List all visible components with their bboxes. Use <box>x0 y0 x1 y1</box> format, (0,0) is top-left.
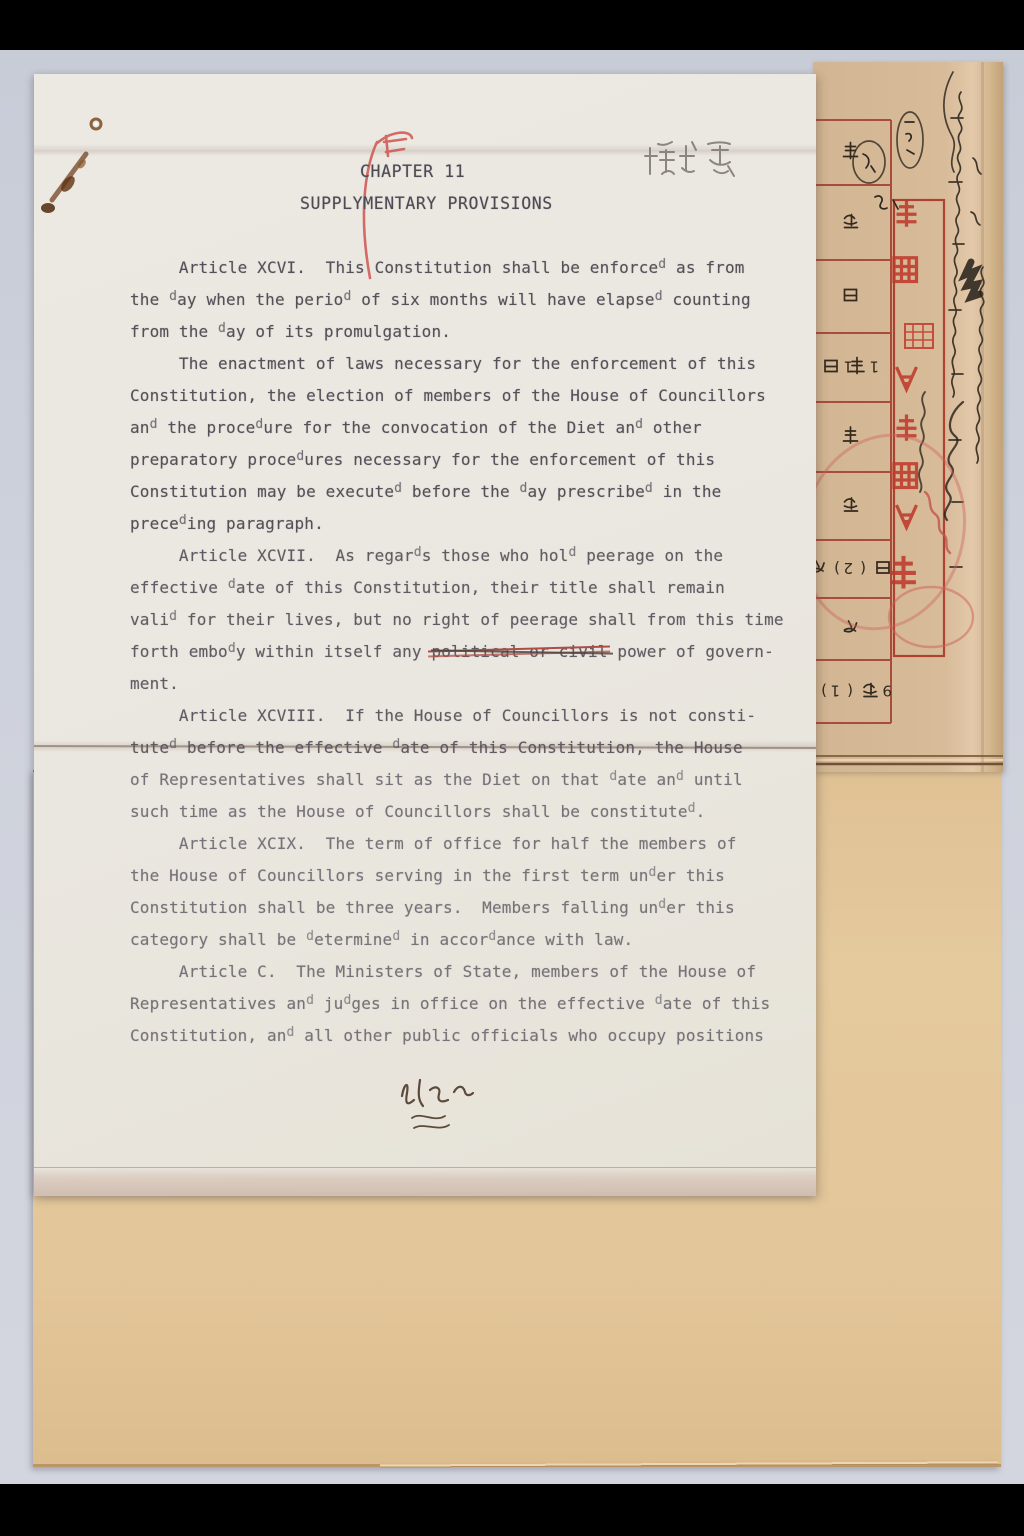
typed-line: The enactment of laws necessary for the … <box>130 348 784 380</box>
circled-annotations <box>853 72 954 209</box>
photo-of-document: 11 (2)9 (1) <box>0 0 1024 1536</box>
typed-line: forth embody within itself any political… <box>130 636 784 668</box>
typed-line: the day when the period of six months wi… <box>130 284 784 316</box>
annotated-folder-strip: 11 (2)9 (1) <box>813 62 1003 772</box>
typed-line: Constitution, the election of members of… <box>130 380 784 412</box>
strip-svg: 11 (2)9 (1) <box>813 62 1003 772</box>
cell-mark <box>844 427 858 443</box>
page-bottom-fold <box>34 1167 816 1196</box>
typed-page: CHAPTER 11 SUPPLYMENTARY PROVISIONS Arti… <box>34 74 816 1196</box>
typed-text: forth embody within itself any <box>130 642 431 661</box>
pencil-note <box>642 134 758 190</box>
typed-line: category shall be determined in accordan… <box>130 924 784 956</box>
struck-text: political or civil <box>431 636 607 668</box>
svg-text:1: 1 <box>869 358 879 376</box>
typed-text: power of govern- <box>608 642 774 661</box>
stamp-glyph <box>897 505 917 528</box>
typed-line: Constitution shall be three years. Membe… <box>130 892 784 924</box>
svg-text:9: 9 <box>882 682 892 700</box>
svg-text:(: ( <box>860 559 866 577</box>
strip-fold-edges <box>813 756 1003 764</box>
red-pencil-annotations <box>813 416 987 649</box>
svg-text:): ) <box>821 682 827 700</box>
handwriting-column <box>949 92 984 567</box>
typed-line: preparatory procedures necessary for the… <box>130 444 784 476</box>
folder-table-marks: 11 (2)9 (1) <box>813 143 892 700</box>
typed-line: Article C. The Ministers of State, membe… <box>130 956 784 988</box>
photo-bottom-bar <box>0 1484 1024 1536</box>
typed-line: Article XCVIII. If the House of Councill… <box>130 700 784 732</box>
typed-line: and the procedure for the convocation of… <box>130 412 784 444</box>
typed-line: of Representatives shall sit as the Diet… <box>130 764 784 796</box>
handwritten-mark-bottom <box>392 1066 522 1142</box>
ink-blot <box>919 262 980 520</box>
svg-text:(: ( <box>847 682 853 700</box>
stamp-glyph <box>897 367 917 390</box>
typed-line: effective date of this Constitution, the… <box>130 572 784 604</box>
svg-text:): ) <box>834 559 840 577</box>
typed-line: Article XCIX. The term of office for hal… <box>130 828 784 860</box>
folder-table <box>815 120 891 723</box>
typed-line: preceding paragraph. <box>130 508 784 540</box>
typed-line: Constitution, and all other public offic… <box>130 1020 784 1052</box>
typed-line: valid for their lives, but no right of p… <box>130 604 784 636</box>
cell-mark: (2) <box>813 559 889 577</box>
photo-top-bar <box>0 0 1024 50</box>
cell-mark <box>845 290 857 301</box>
typed-line: from the day of its promulgation. <box>130 316 784 348</box>
typed-line: Article XCVII. As regards those who hold… <box>130 540 784 572</box>
cell-mark: 9 (1) <box>821 682 892 700</box>
typed-line: tuted before the effective date of this … <box>130 732 784 764</box>
svg-text:1: 1 <box>843 358 853 376</box>
typed-line: ment. <box>130 668 784 700</box>
cell-mark: 11 <box>825 358 879 376</box>
cell-mark <box>845 498 858 511</box>
typed-line: Constitution may be executed before the … <box>130 476 784 508</box>
stamp-glyph <box>897 201 917 227</box>
stamp-glyph <box>894 258 917 282</box>
rust-stain <box>34 92 154 272</box>
typed-line: such time as the House of Councillors sh… <box>130 796 784 828</box>
chapter-heading: CHAPTER 11 <box>360 162 465 181</box>
typed-line: Representatives and judges in office on … <box>130 988 784 1020</box>
cell-mark <box>845 215 858 228</box>
typed-line: Article XCVI. This Constitution shall be… <box>130 252 784 284</box>
section-heading: SUPPLYMENTARY PROVISIONS <box>300 194 553 213</box>
strip-crease <box>981 62 984 772</box>
svg-text:1: 1 <box>830 682 840 700</box>
typed-line: the House of Councillors serving in the … <box>130 860 784 892</box>
stamp-glyph <box>894 464 917 488</box>
typed-lines: Article XCVI. This Constitution shall be… <box>130 252 784 1052</box>
svg-text:2: 2 <box>843 559 853 577</box>
red-seal <box>905 324 933 348</box>
